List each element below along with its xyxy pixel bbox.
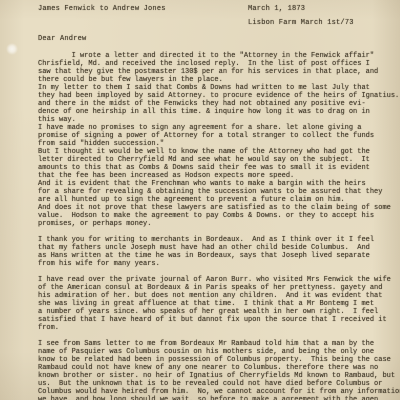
letter-line: I thank you for writing to merchants in …: [38, 236, 398, 244]
letter-line: I have read over the private journal of …: [38, 276, 398, 284]
letter-line: known brother or sister. no heir of Igna…: [38, 372, 398, 380]
letter-line: promises, or perhaps money.: [38, 220, 398, 228]
letter-line: us. But the unknown that is to be reveal…: [38, 380, 398, 388]
letter-line: saw that they give the postmaster 130$ p…: [38, 68, 398, 76]
letter-line: there could be but few lawyers in the pl…: [38, 76, 398, 84]
letter-dateline: Lisbon Farm March 1st/73: [248, 19, 354, 27]
letter-line: But I thought it would be well to know t…: [38, 148, 398, 156]
letter-line: And it is evident that the Frenchman who…: [38, 180, 398, 188]
letter-line: I wrote a letter and directed it to the …: [38, 52, 398, 60]
letter-page: James Fenwick to Andrew Jones March 1, 1…: [0, 0, 400, 400]
letter-line: a number of years since. who speaks of h…: [38, 308, 398, 316]
letter-line: letter directed to Cherryfield Md and se…: [38, 156, 398, 164]
letter-line: name of Pasquier was Columbus cousin on …: [38, 348, 398, 356]
letter-line: Columbus would have heired from him. No,…: [38, 388, 398, 396]
letter-line: know to be related had been in possessio…: [38, 356, 398, 364]
letter-line: and there in the midst of the Fenwicks t…: [38, 100, 398, 108]
letter-line: that the fee has been increased as Hodso…: [38, 172, 398, 180]
letter-date: March 1, 1873: [248, 5, 305, 13]
letter-line: dence of one heirship in all this time. …: [38, 108, 398, 116]
letter-line: promise of signing a power of Attorney f…: [38, 132, 398, 140]
letter-line: [38, 332, 398, 340]
letter-line: of the American consul at Bordeaux & in …: [38, 284, 398, 292]
letter-line: that my fathers uncle Joseph must have h…: [38, 244, 398, 252]
letter-line: Rambaud could not have knew of any one n…: [38, 364, 398, 372]
letter-line: from his wife for many years.: [38, 260, 398, 268]
letter-line: she was living in great affluence at tha…: [38, 300, 398, 308]
letter-line: this way.: [38, 116, 398, 124]
letter-line: [38, 268, 398, 276]
letter-line: [38, 228, 398, 236]
letter-line: as Hans written at the time he was in Bo…: [38, 252, 398, 260]
letter-line: value. Hodson to make the agreement to p…: [38, 212, 398, 220]
letter-salutation: Dear Andrew: [38, 35, 86, 43]
letter-body: I wrote a letter and directed it to the …: [38, 52, 398, 400]
letter-line: I have made no promises to sign any agre…: [38, 124, 398, 132]
letter-line: And does it not prove that these lawyers…: [38, 204, 398, 212]
letter-caption: James Fenwick to Andrew Jones: [38, 5, 166, 13]
letter-line: they had been imployed by said Attorney.…: [38, 92, 398, 100]
letter-line: amounts to this that as Combs & Downs sa…: [38, 164, 398, 172]
letter-line: are all hunted up to sign the agreement …: [38, 196, 398, 204]
letter-line: Chrisfield, Md. and received the inclose…: [38, 60, 398, 68]
letter-line: his admiration of her. but does not ment…: [38, 292, 398, 300]
letter-line: for a share for revealing & obtaining th…: [38, 188, 398, 196]
letter-line: In my letter to them I said that Combs &…: [38, 84, 398, 92]
letter-line: satisfied that I have heard of it but da…: [38, 316, 398, 324]
letter-line: I see from Sams letter to me from Bordea…: [38, 340, 398, 348]
letter-line: we have, and how long should we wait, so…: [38, 396, 398, 400]
letter-line: from said "hidden succession.": [38, 140, 398, 148]
letter-line: from.: [38, 324, 398, 332]
